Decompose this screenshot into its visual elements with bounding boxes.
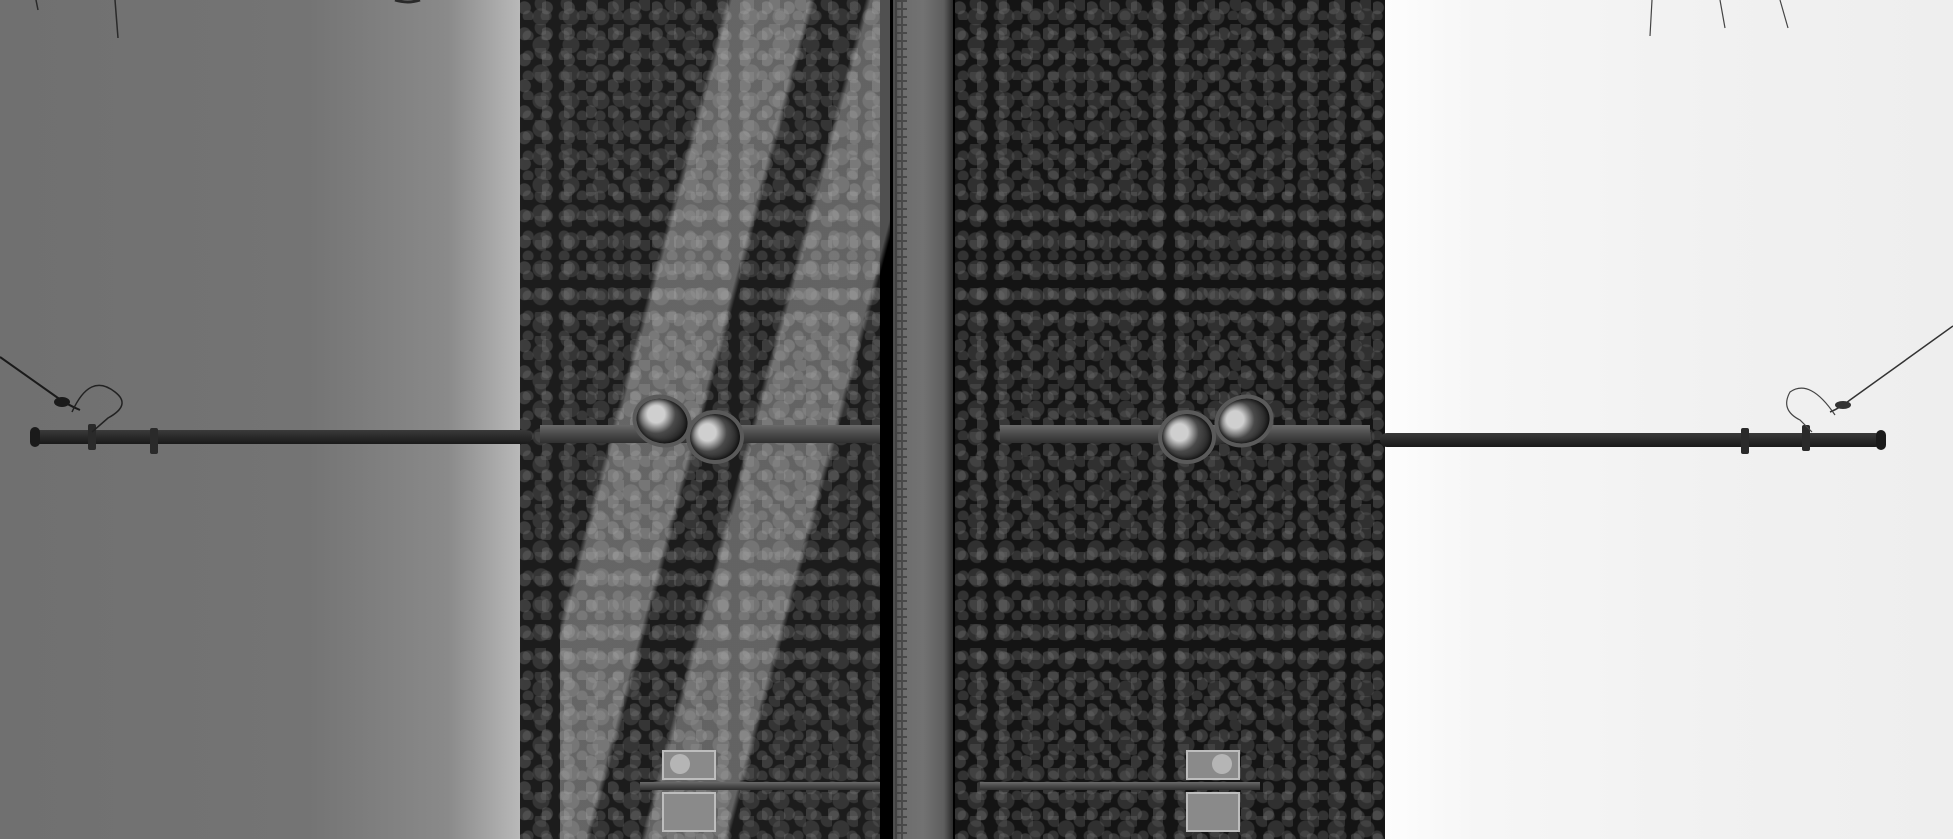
photograph [0, 0, 1953, 839]
overhead-wires [0, 0, 1953, 839]
